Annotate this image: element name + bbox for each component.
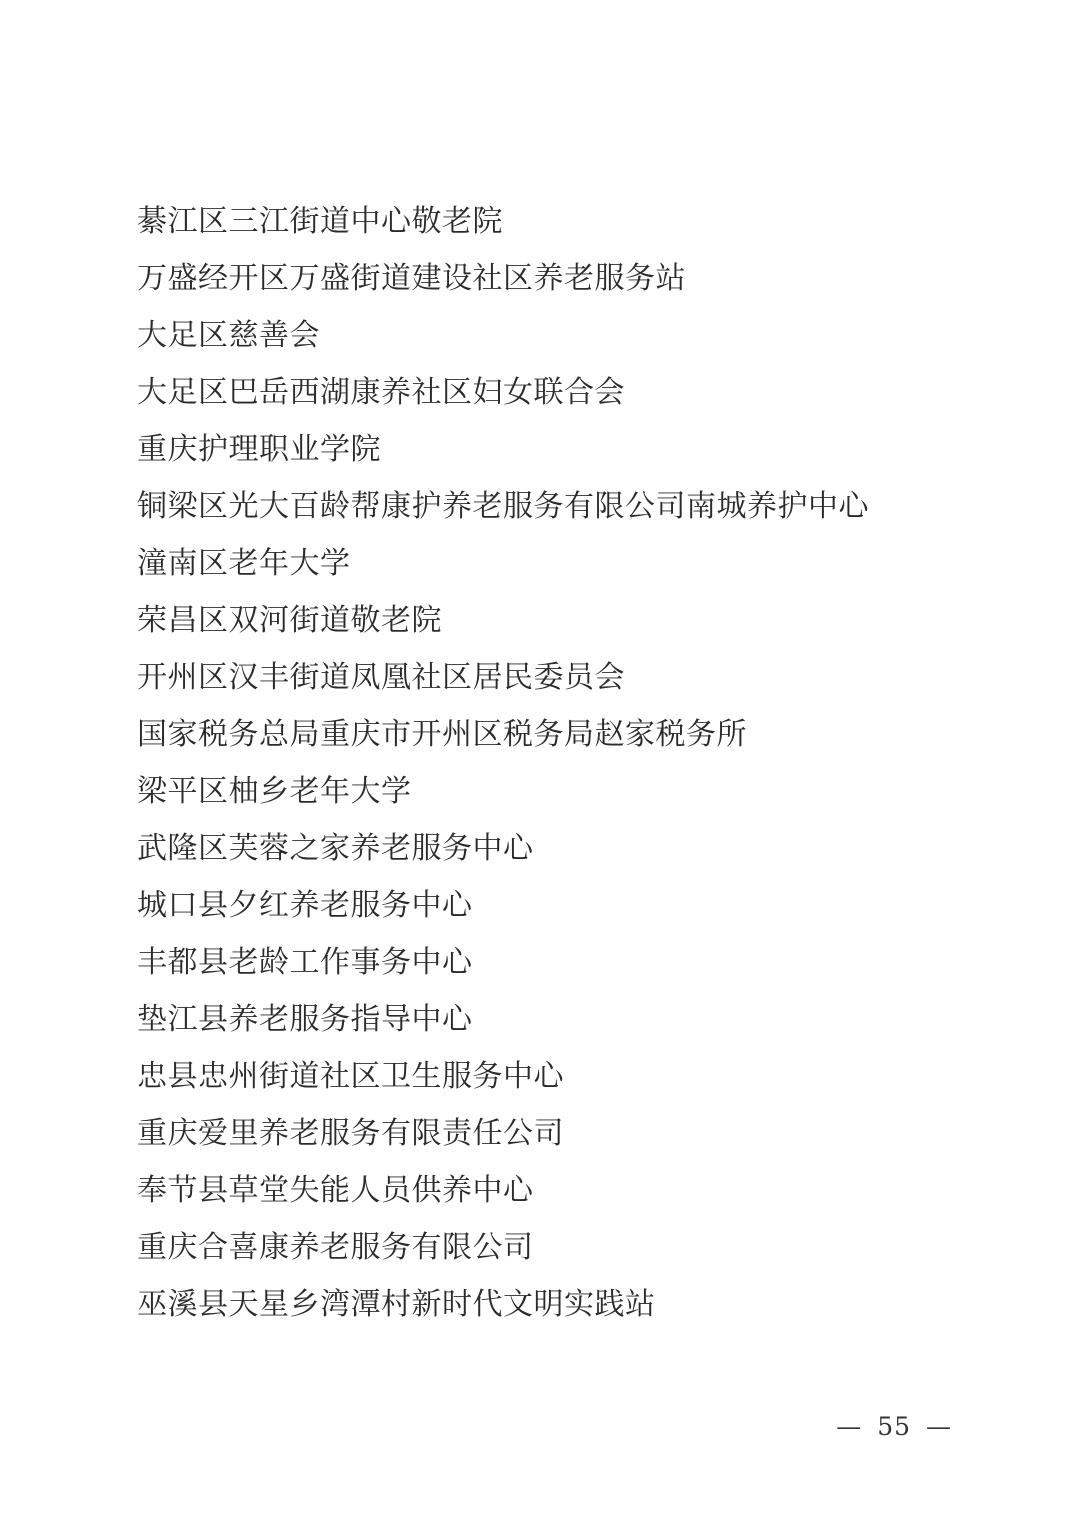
organization-name: 铜梁区光大百龄帮康护养老服务有限公司南城养护中心 (137, 478, 869, 535)
organization-name: 巫溪县天星乡湾潭村新时代文明实践站 (137, 1276, 869, 1333)
organization-name: 重庆护理职业学院 (137, 421, 869, 478)
organization-name: 忠县忠州街道社区卫生服务中心 (137, 1048, 869, 1105)
organization-name: 荣昌区双河街道敬老院 (137, 592, 869, 649)
organization-name: 开州区汉丰街道凤凰社区居民委员会 (137, 649, 869, 706)
organization-name: 奉节县草堂失能人员供养中心 (137, 1162, 869, 1219)
organization-name: 潼南区老年大学 (137, 535, 869, 592)
organization-name: 城口县夕红养老服务中心 (137, 877, 869, 934)
document-page: 綦江区三江街道中心敬老院万盛经开区万盛街道建设社区养老服务站大足区慈善会大足区巴… (0, 0, 1080, 1527)
organization-name: 丰都县老龄工作事务中心 (137, 934, 869, 991)
organization-name: 重庆合喜康养老服务有限公司 (137, 1219, 869, 1276)
organization-name: 万盛经开区万盛街道建设社区养老服务站 (137, 250, 869, 307)
organization-name: 綦江区三江街道中心敬老院 (137, 193, 869, 250)
organization-list: 綦江区三江街道中心敬老院万盛经开区万盛街道建设社区养老服务站大足区慈善会大足区巴… (137, 193, 869, 1333)
organization-name: 大足区巴岳西湖康养社区妇女联合会 (137, 364, 869, 421)
page-number: — 55 — (836, 1412, 952, 1441)
organization-name: 梁平区柚乡老年大学 (137, 763, 869, 820)
organization-name: 武隆区芙蓉之家养老服务中心 (137, 820, 869, 877)
organization-name: 大足区慈善会 (137, 307, 869, 364)
organization-name: 重庆爱里养老服务有限责任公司 (137, 1105, 869, 1162)
organization-name: 国家税务总局重庆市开州区税务局赵家税务所 (137, 706, 869, 763)
organization-name: 垫江县养老服务指导中心 (137, 991, 869, 1048)
